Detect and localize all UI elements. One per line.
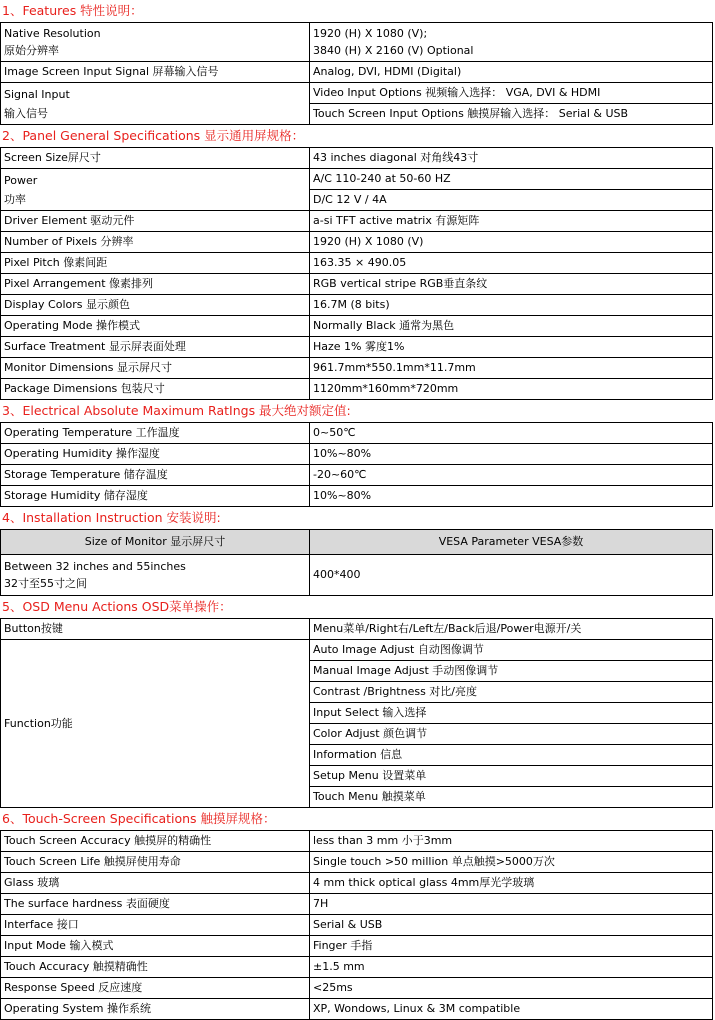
- table-row: Operating System 操作系统 XP, Wondows, Linux…: [1, 999, 713, 1020]
- spec-value: 1920 (H) X 1080 (V): [310, 232, 713, 253]
- spec-value: ±1.5 mm: [310, 957, 713, 978]
- spec-value: -20~60℃: [310, 465, 713, 486]
- osd-function-item: Information 信息: [310, 745, 713, 766]
- spec-value: <25ms: [310, 978, 713, 999]
- table-row: Pixel Arrangement 像素排列 RGB vertical stri…: [1, 274, 713, 295]
- spec-label: Touch Accuracy 触摸精确性: [1, 957, 310, 978]
- osd-function-item: Manual Image Adjust 手动图像调节: [310, 661, 713, 682]
- spec-label-cn: 功率: [4, 190, 306, 209]
- table-row: Button按键 Menu菜单/Right右/Left左/Back后退/Powe…: [1, 619, 713, 640]
- spec-label: Operating System 操作系统: [1, 999, 310, 1020]
- table-row: Display Colors 显示颜色 16.7M (8 bits): [1, 295, 713, 316]
- column-header: VESA Parameter VESA参数: [310, 530, 713, 555]
- spec-value: 10%~80%: [310, 486, 713, 507]
- osd-function-item: Auto Image Adjust 自动图像调节: [310, 640, 713, 661]
- spec-value: a-si TFT active matrix 有源矩阵: [310, 211, 713, 232]
- table-row: Touch Screen Life 触摸屏使用寿命 Single touch >…: [1, 852, 713, 873]
- spec-label: Function功能: [1, 640, 310, 808]
- section-title-electrical-ratings: 3、Electrical Absolute Maximum RatIngs 最大…: [0, 400, 715, 422]
- osd-function-item: Input Select 输入选择: [310, 703, 713, 724]
- table-row: Response Speed 反应速度 <25ms: [1, 978, 713, 999]
- spec-label-en: Signal Input: [4, 85, 306, 104]
- spec-label: Signal Input 输入信号: [1, 83, 310, 125]
- spec-label: Screen Size屏尺寸: [1, 148, 310, 169]
- table-row: Package Dimensions 包装尺寸 1120mm*160mm*720…: [1, 379, 713, 400]
- spec-label: Storage Humidity 储存湿度: [1, 486, 310, 507]
- panel-general-table: Screen Size屏尺寸 43 inches diagonal 对角线43寸…: [0, 147, 713, 400]
- spec-label: Package Dimensions 包装尺寸: [1, 379, 310, 400]
- section-title-features: 1、Features 特性说明：: [0, 0, 715, 22]
- table-row: Touch Screen Accuracy 触摸屏的精确性 less than …: [1, 831, 713, 852]
- spec-label: The surface hardness 表面硬度: [1, 894, 310, 915]
- spec-label-cn: 输入信号: [4, 104, 306, 123]
- spec-value: Normally Black 通常为黑色: [310, 316, 713, 337]
- table-row: Storage Temperature 储存温度 -20~60℃: [1, 465, 713, 486]
- spec-value: less than 3 mm 小于3mm: [310, 831, 713, 852]
- osd-function-item: Contrast /Brightness 对比/亮度: [310, 682, 713, 703]
- spec-value: Video Input Options 视频输入选择： VGA, DVI & H…: [310, 83, 713, 104]
- spec-label: Number of Pixels 分辨率: [1, 232, 310, 253]
- installation-table: Size of Monitor 显示屏尺寸 VESA Parameter VES…: [0, 529, 713, 596]
- spec-label: Driver Element 驱动元件: [1, 211, 310, 232]
- spec-label: Image Screen Input Signal 屏幕输入信号: [1, 62, 310, 83]
- spec-label: Button按键: [1, 619, 310, 640]
- osd-function-item: Setup Menu 设置菜单: [310, 766, 713, 787]
- spec-value: Touch Screen Input Options 触摸屏输入选择： Seri…: [310, 104, 713, 125]
- spec-label: Input Mode 输入模式: [1, 936, 310, 957]
- spec-value: A/C 110-240 at 50-60 HZ: [310, 169, 713, 190]
- table-row: Operating Humidity 操作湿度 10%~80%: [1, 444, 713, 465]
- section-title-installation: 4、Installation Instruction 安装说明:: [0, 507, 715, 529]
- spec-label-en: Between 32 inches and 55inches: [4, 558, 306, 575]
- table-header-row: Size of Monitor 显示屏尺寸 VESA Parameter VES…: [1, 530, 713, 555]
- osd-menu-table: Button按键 Menu菜单/Right右/Left左/Back后退/Powe…: [0, 618, 713, 808]
- spec-label: Operating Humidity 操作湿度: [1, 444, 310, 465]
- section-title-touch-screen: 6、Touch-Screen Specifications 触摸屏规格：: [0, 808, 715, 830]
- spec-value: Haze 1% 雾度1%: [310, 337, 713, 358]
- spec-value: Menu菜单/Right右/Left左/Back后退/Power电源开/关: [310, 619, 713, 640]
- spec-value: 43 inches diagonal 对角线43寸: [310, 148, 713, 169]
- section-title-panel-general: 2、Panel General Specifications 显示通用屏规格：: [0, 125, 715, 147]
- spec-label: Interface 接口: [1, 915, 310, 936]
- table-row: Screen Size屏尺寸 43 inches diagonal 对角线43寸: [1, 148, 713, 169]
- spec-label: Glass 玻璃: [1, 873, 310, 894]
- table-row: Operating Mode 操作模式 Normally Black 通常为黑色: [1, 316, 713, 337]
- spec-label: Monitor Dimensions 显示屏尺寸: [1, 358, 310, 379]
- table-row: Surface Treatment 显示屏表面处理 Haze 1% 雾度1%: [1, 337, 713, 358]
- touch-screen-table: Touch Screen Accuracy 触摸屏的精确性 less than …: [0, 830, 713, 1020]
- spec-value: 10%~80%: [310, 444, 713, 465]
- electrical-ratings-table: Operating Temperature 工作温度 0~50℃ Operati…: [0, 422, 713, 507]
- table-row: The surface hardness 表面硬度 7H: [1, 894, 713, 915]
- table-row: Input Mode 输入模式 Finger 手指: [1, 936, 713, 957]
- spec-label: Touch Screen Life 触摸屏使用寿命: [1, 852, 310, 873]
- spec-value: 1920 (H) X 1080 (V); 3840 (H) X 2160 (V)…: [310, 23, 713, 62]
- table-row: Interface 接口 Serial & USB: [1, 915, 713, 936]
- table-row: Glass 玻璃 4 mm thick optical glass 4mm厚光学…: [1, 873, 713, 894]
- spec-value-line: 3840 (H) X 2160 (V) Optional: [313, 42, 709, 59]
- spec-value-line: 1920 (H) X 1080 (V);: [313, 25, 709, 42]
- spec-value: Single touch >50 million 单点触摸>5000万次: [310, 852, 713, 873]
- section-title-osd-menu: 5、OSD Menu Actions OSD菜单操作：: [0, 596, 715, 618]
- spec-value: 0~50℃: [310, 423, 713, 444]
- spec-value: 163.35 × 490.05: [310, 253, 713, 274]
- table-row: Number of Pixels 分辨率 1920 (H) X 1080 (V): [1, 232, 713, 253]
- spec-value: 7H: [310, 894, 713, 915]
- spec-value: D/C 12 V / 4A: [310, 190, 713, 211]
- spec-value: 1120mm*160mm*720mm: [310, 379, 713, 400]
- spec-label: Pixel Arrangement 像素排列: [1, 274, 310, 295]
- spec-label: Surface Treatment 显示屏表面处理: [1, 337, 310, 358]
- spec-value: 961.7mm*550.1mm*11.7mm: [310, 358, 713, 379]
- table-row: Monitor Dimensions 显示屏尺寸 961.7mm*550.1mm…: [1, 358, 713, 379]
- table-row: Pixel Pitch 像素间距 163.35 × 490.05: [1, 253, 713, 274]
- spec-value: 4 mm thick optical glass 4mm厚光学玻璃: [310, 873, 713, 894]
- osd-function-item: Touch Menu 触摸菜单: [310, 787, 713, 808]
- spec-value: RGB vertical stripe RGB垂直条纹: [310, 274, 713, 295]
- table-row: Driver Element 驱动元件 a-si TFT active matr…: [1, 211, 713, 232]
- spec-label-cn: 32寸至55寸之间: [4, 575, 306, 592]
- spec-label-cn: 原始分辨率: [4, 42, 306, 59]
- features-table: Native Resolution 原始分辨率 1920 (H) X 1080 …: [0, 22, 713, 125]
- spec-label: Display Colors 显示颜色: [1, 295, 310, 316]
- column-header: Size of Monitor 显示屏尺寸: [1, 530, 310, 555]
- table-row: Power 功率 A/C 110-240 at 50-60 HZ: [1, 169, 713, 190]
- spec-label: Storage Temperature 储存温度: [1, 465, 310, 486]
- spec-value: Analog, DVI, HDMI (Digital): [310, 62, 713, 83]
- spec-value: 400*400: [310, 555, 713, 596]
- spec-sheet: 1、Features 特性说明： Native Resolution 原始分辨率…: [0, 0, 715, 1020]
- spec-value: 16.7M (8 bits): [310, 295, 713, 316]
- spec-label: Touch Screen Accuracy 触摸屏的精确性: [1, 831, 310, 852]
- table-row: Touch Accuracy 触摸精确性 ±1.5 mm: [1, 957, 713, 978]
- spec-label: Pixel Pitch 像素间距: [1, 253, 310, 274]
- spec-label-en: Power: [4, 171, 306, 190]
- osd-function-item: Color Adjust 颜色调节: [310, 724, 713, 745]
- spec-label: Operating Mode 操作模式: [1, 316, 310, 337]
- spec-value: Serial & USB: [310, 915, 713, 936]
- table-row: Function功能 Auto Image Adjust 自动图像调节: [1, 640, 713, 661]
- table-row: Storage Humidity 储存湿度 10%~80%: [1, 486, 713, 507]
- table-row: Signal Input 输入信号 Video Input Options 视频…: [1, 83, 713, 104]
- spec-label: Native Resolution 原始分辨率: [1, 23, 310, 62]
- spec-label: Response Speed 反应速度: [1, 978, 310, 999]
- spec-label-en: Native Resolution: [4, 25, 306, 42]
- spec-value: Finger 手指: [310, 936, 713, 957]
- spec-label: Operating Temperature 工作温度: [1, 423, 310, 444]
- spec-label: Between 32 inches and 55inches 32寸至55寸之间: [1, 555, 310, 596]
- table-row: Operating Temperature 工作温度 0~50℃: [1, 423, 713, 444]
- spec-value: XP, Wondows, Linux & 3M compatible: [310, 999, 713, 1020]
- table-row: Image Screen Input Signal 屏幕输入信号 Analog,…: [1, 62, 713, 83]
- spec-label: Power 功率: [1, 169, 310, 211]
- table-row: Between 32 inches and 55inches 32寸至55寸之间…: [1, 555, 713, 596]
